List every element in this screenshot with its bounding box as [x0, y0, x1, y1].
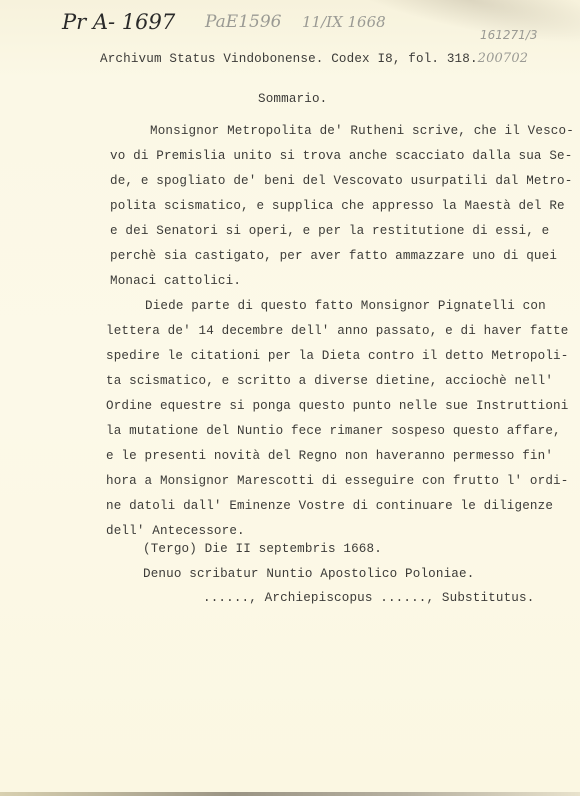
- document-title: Sommario.: [258, 92, 327, 106]
- pencil-reference: PaE1596: [205, 12, 281, 32]
- pencil-date: 11/IX 1668: [302, 13, 386, 31]
- text-line: Monaci cattolici.: [110, 274, 241, 288]
- text-line: ne datoli dall' Eminenze Vostre di conti…: [106, 499, 553, 513]
- text-line: e le presenti novità del Regno non haver…: [106, 449, 553, 463]
- pencil-id: 200702: [478, 51, 529, 66]
- tergo-line: (Tergo) Die II septembris 1668.: [143, 542, 382, 556]
- archive-header: Archivum Status Vindobonense. Codex I8, …: [100, 51, 528, 66]
- text-line: de, e spogliato de' beni del Vescovato u…: [110, 174, 572, 188]
- text-line: la mutatione del Nuntio fece rimaner sos…: [106, 424, 561, 438]
- signature-line: ......, Archiepiscopus ......, Substitut…: [203, 591, 534, 605]
- denuo-line: Denuo scribatur Nuntio Apostolico Poloni…: [143, 567, 474, 581]
- archive-header-text: Archivum Status Vindobonense. Codex I8, …: [100, 52, 478, 66]
- text-line: vo di Premislia unito si trova anche sca…: [110, 149, 572, 163]
- page-bottom-edge: [0, 792, 580, 796]
- document-page: Pr A- 1697 PaE1596 11/IX 1668 161271/3 A…: [0, 0, 580, 796]
- text-line: lettera de' 14 decembre dell' anno passa…: [106, 324, 568, 338]
- text-line: Diede parte di questo fatto Monsignor Pi…: [145, 299, 546, 313]
- text-line: spedire le citationi per la Dieta contro…: [106, 349, 568, 363]
- text-line: hora a Monsignor Marescotti di esseguire…: [106, 474, 568, 488]
- text-line: e dei Senatori si operi, e per la restit…: [110, 224, 549, 238]
- text-line: dell' Antecessore.: [106, 524, 245, 538]
- text-line: Monsignor Metropolita de' Rutheni scrive…: [150, 124, 574, 138]
- text-line: ta scismatico, e scritto a diverse dieti…: [106, 374, 553, 388]
- text-line: perchè sia castigato, per aver fatto amm…: [110, 249, 557, 263]
- pencil-folio-number: 161271/3: [480, 28, 538, 42]
- text-line: polita scismatico, e supplica che appres…: [110, 199, 565, 213]
- handwritten-reference: Pr A- 1697: [62, 10, 175, 34]
- text-line: Ordine equestre si ponga questo punto ne…: [106, 399, 568, 413]
